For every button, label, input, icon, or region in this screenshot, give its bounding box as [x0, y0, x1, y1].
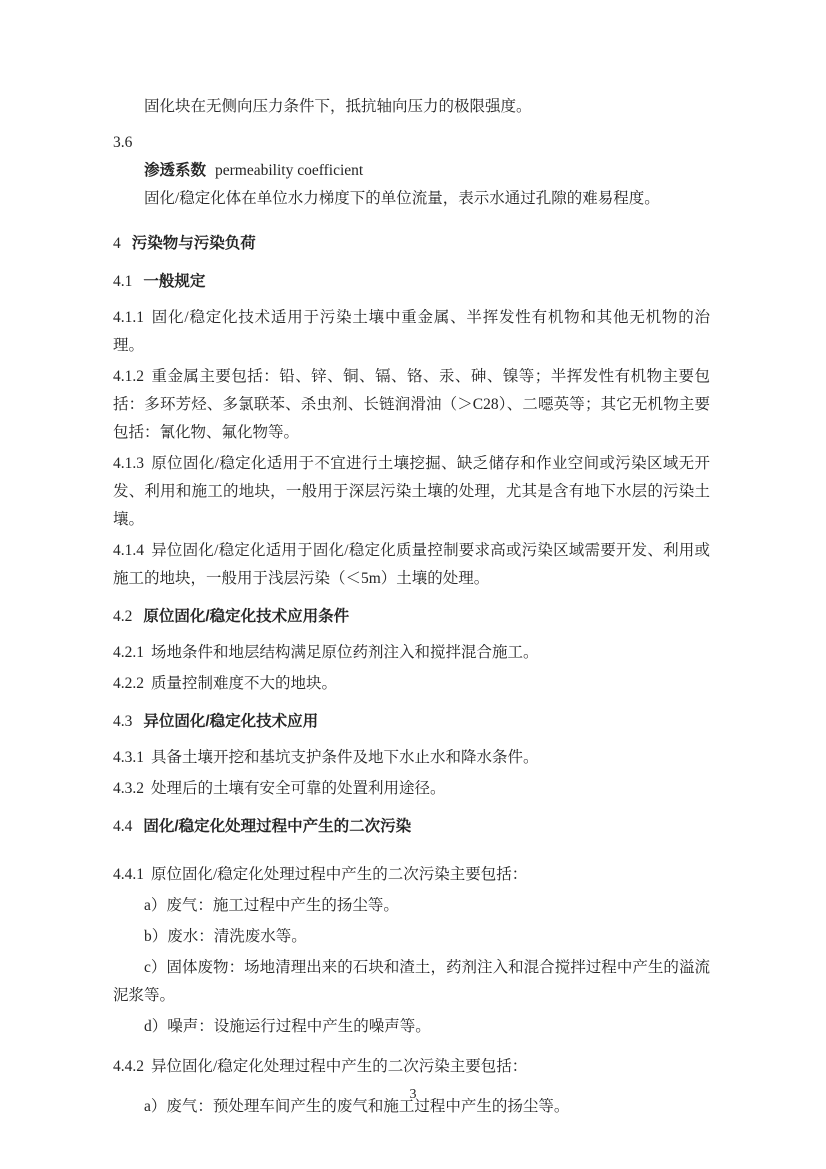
chapter-4-title: 污染物与污染负荷 — [132, 235, 256, 252]
clause-4-4-1-text: 原位固化/稳定化处理过程中产生的二次污染主要包括： — [151, 866, 527, 883]
chapter-4-heading: 4污染物与污染负荷 — [113, 230, 710, 258]
page-number: 3 — [0, 1081, 826, 1109]
section-4-4-number: 4.4 — [113, 818, 132, 835]
clause-4-4-2-number: 4.4.2 — [113, 1058, 144, 1075]
chapter-4-number: 4 — [113, 235, 121, 252]
clause-4-1-4: 4.1.4异位固化/稳定化适用于固化/稳定化质量控制要求高或污染区域需要开发、利… — [113, 537, 710, 593]
clause-4-1-2-number: 4.1.2 — [113, 368, 144, 385]
clause-4-4-2-text: 异位固化/稳定化处理过程中产生的二次污染主要包括： — [151, 1058, 527, 1075]
section-4-1-heading: 4.1一般规定 — [113, 268, 710, 296]
clause-4-3-2-number: 4.3.2 — [113, 780, 144, 797]
definition-paragraph-3-6: 固化/稳定化体在单位水力梯度下的单位流量，表示水通过孔隙的难易程度。 — [113, 185, 710, 213]
clause-4-3-1-number: 4.3.1 — [113, 749, 144, 766]
section-4-1-title: 一般规定 — [143, 273, 205, 290]
clause-4-3-1-text: 具备土壤开挖和基坑支护条件及地下水止水和降水条件。 — [151, 749, 539, 766]
section-4-4-title: 固化/稳定化处理过程中产生的二次污染 — [143, 818, 411, 835]
list-item-4-4-1-a: a）废气：施工过程中产生的扬尘等。 — [113, 892, 710, 920]
clause-4-1-1: 4.1.1固化/稳定化技术适用于污染土壤中重金属、半挥发性有机物和其他无机物的治… — [113, 304, 710, 360]
list-item-4-4-1-c: c）固体废物：场地清理出来的石块和渣土，药剂注入和混合搅拌过程中产生的溢流泥浆等… — [113, 954, 710, 1010]
clause-4-1-4-text: 异位固化/稳定化适用于固化/稳定化质量控制要求高或污染区域需要开发、利用或施工的… — [113, 542, 710, 587]
clause-4-3-2: 4.3.2处理后的土壤有安全可靠的处置利用途径。 — [113, 775, 710, 803]
definition-paragraph-3-5: 固化块在无侧向压力条件下，抵抗轴向压力的极限强度。 — [113, 93, 710, 121]
clause-4-1-3-text: 原位固化/稳定化适用于不宜进行土壤挖掘、缺乏储存和作业空间或污染区域无开发、利用… — [113, 455, 710, 528]
clause-4-1-3: 4.1.3原位固化/稳定化适用于不宜进行土壤挖掘、缺乏储存和作业空间或污染区域无… — [113, 450, 710, 534]
section-4-3-title: 异位固化/稳定化技术应用 — [143, 713, 318, 730]
section-4-2-number: 4.2 — [113, 608, 132, 625]
clause-4-2-2-number: 4.2.2 — [113, 675, 144, 692]
section-4-3-heading: 4.3异位固化/稳定化技术应用 — [113, 708, 710, 736]
clause-4-1-4-number: 4.1.4 — [113, 542, 144, 559]
clause-4-1-2-text: 重金属主要包括：铅、锌、铜、镉、铬、汞、砷、镍等；半挥发性有机物主要包括：多环芳… — [113, 368, 710, 441]
clause-4-2-2: 4.2.2质量控制难度不大的地块。 — [113, 670, 710, 698]
list-item-4-4-1-b: b）废水：清洗废水等。 — [113, 923, 710, 951]
clause-4-4-1: 4.4.1原位固化/稳定化处理过程中产生的二次污染主要包括： — [113, 861, 710, 889]
clause-4-2-1-number: 4.2.1 — [113, 644, 144, 661]
clause-4-4-1-number: 4.4.1 — [113, 866, 144, 883]
section-4-2-heading: 4.2原位固化/稳定化技术应用条件 — [113, 603, 710, 631]
clause-4-2-1: 4.2.1场地条件和地层结构满足原位药剂注入和搅拌混合施工。 — [113, 639, 710, 667]
term-title-chinese: 渗透系数 — [144, 162, 206, 179]
list-item-4-4-1-d: d）噪声：设施运行过程中产生的噪声等。 — [113, 1013, 710, 1041]
term-number-3-6: 3.6 — [113, 129, 710, 157]
clause-4-1-1-number: 4.1.1 — [113, 309, 144, 326]
document-page: 固化块在无侧向压力条件下，抵抗轴向压力的极限强度。 3.6 渗透系数permea… — [0, 0, 826, 1169]
term-title-3-6: 渗透系数permeability coefficient — [113, 157, 710, 185]
clause-4-2-2-text: 质量控制难度不大的地块。 — [151, 675, 337, 692]
clause-4-2-1-text: 场地条件和地层结构满足原位药剂注入和搅拌混合施工。 — [151, 644, 539, 661]
clause-4-1-2: 4.1.2重金属主要包括：铅、锌、铜、镉、铬、汞、砷、镍等；半挥发性有机物主要包… — [113, 363, 710, 447]
clause-4-3-2-text: 处理后的土壤有安全可靠的处置利用途径。 — [151, 780, 446, 797]
section-4-1-number: 4.1 — [113, 273, 132, 290]
section-4-4-heading: 4.4固化/稳定化处理过程中产生的二次污染 — [113, 813, 710, 841]
section-4-3-number: 4.3 — [113, 713, 132, 730]
clause-4-1-1-text: 固化/稳定化技术适用于污染土壤中重金属、半挥发性有机物和其他无机物的治理。 — [113, 309, 710, 354]
clause-4-3-1: 4.3.1具备土壤开挖和基坑支护条件及地下水止水和降水条件。 — [113, 744, 710, 772]
term-title-english: permeability coefficient — [215, 162, 363, 179]
clause-4-1-3-number: 4.1.3 — [113, 455, 144, 472]
section-4-2-title: 原位固化/稳定化技术应用条件 — [143, 608, 349, 625]
clause-4-4-2: 4.4.2异位固化/稳定化处理过程中产生的二次污染主要包括： — [113, 1053, 710, 1081]
